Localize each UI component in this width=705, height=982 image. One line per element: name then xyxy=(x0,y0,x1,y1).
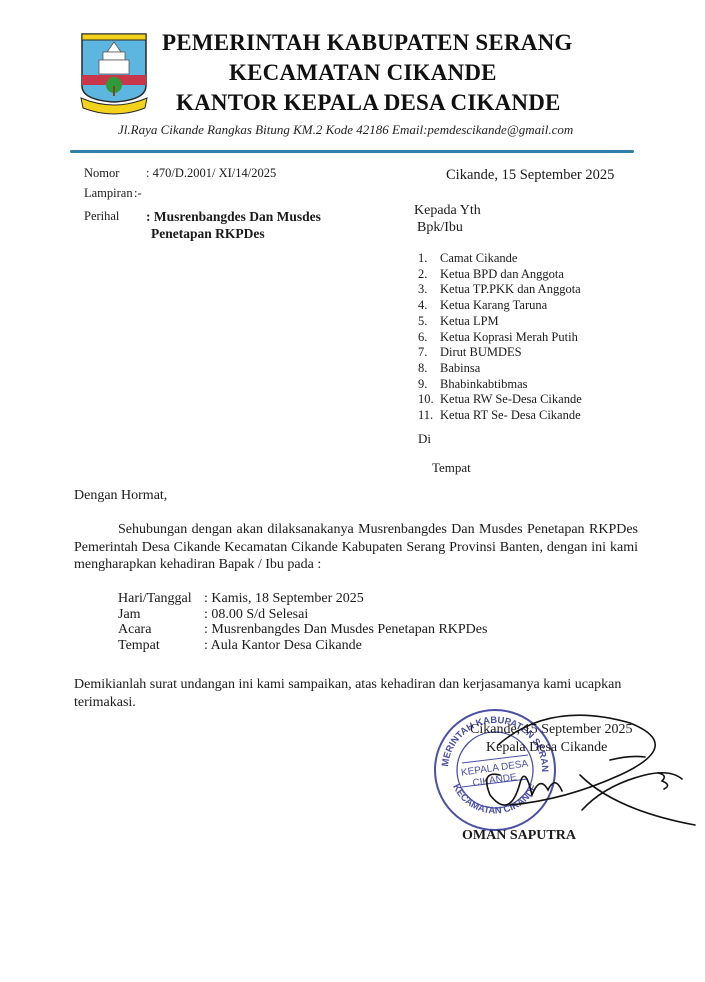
recipient-list-item: 7.Dirut BUMDES xyxy=(418,345,582,361)
recipient-list-item: 8.Babinsa xyxy=(418,361,582,377)
list-number: 2. xyxy=(418,267,440,283)
recipient-list-item: 4.Ketua Karang Taruna xyxy=(418,298,582,314)
handwritten-signature-icon xyxy=(470,705,705,840)
list-number: 9. xyxy=(418,377,440,393)
list-text: Ketua RT Se- Desa Cikande xyxy=(440,408,581,424)
list-number: 4. xyxy=(418,298,440,314)
recipient-list-item: 10.Ketua RW Se-Desa Cikande xyxy=(418,392,582,408)
list-number: 11. xyxy=(418,408,440,424)
list-text: Camat Cikande xyxy=(440,251,517,267)
list-text: Babinsa xyxy=(440,361,480,377)
detail-value: : Musrenbangdes Dan Musdes Penetapan RKP… xyxy=(204,622,487,638)
letterhead-line-3: KANTOR KEPALA DESA CIKANDE xyxy=(176,90,561,116)
letterhead-address: Jl.Raya Cikande Rangkas Bitung KM.2 Kode… xyxy=(118,122,573,138)
recipient-list-item: 11.Ketua RT Se- Desa Cikande xyxy=(418,408,582,424)
list-text: Ketua RW Se-Desa Cikande xyxy=(440,392,582,408)
recipient-list-item: 6.Ketua Koprasi Merah Putih xyxy=(418,330,582,346)
regency-coat-of-arms-icon xyxy=(79,30,149,116)
list-text: Dirut BUMDES xyxy=(440,345,522,361)
recipient-list: 1.Camat Cikande2.Ketua BPD dan Anggota3.… xyxy=(418,251,582,424)
recipient-list-item: 5.Ketua LPM xyxy=(418,314,582,330)
event-detail-row: Tempat: Aula Kantor Desa Cikande xyxy=(118,638,487,654)
event-detail-row: Acara: Musrenbangdes Dan Musdes Penetapa… xyxy=(118,622,487,638)
recipient-salutation: Bpk/Ibu xyxy=(417,220,463,236)
list-text: Ketua Karang Taruna xyxy=(440,298,547,314)
perihal-label: Perihal xyxy=(84,209,119,224)
recipient-tempat: Tempat xyxy=(432,460,471,476)
detail-value: : Aula Kantor Desa Cikande xyxy=(204,638,362,654)
body-paragraph: Sehubungan dengan akan dilaksanakanya Mu… xyxy=(74,521,638,574)
list-text: Ketua LPM xyxy=(440,314,499,330)
detail-value: : 08.00 S/d Selesai xyxy=(204,607,308,623)
nomor-value: : 470/D.2001/ XI/14/2025 xyxy=(146,166,276,181)
list-number: 3. xyxy=(418,282,440,298)
list-text: Ketua BPD dan Anggota xyxy=(440,267,564,283)
list-text: Ketua TP.PKK dan Anggota xyxy=(440,282,581,298)
list-text: Ketua Koprasi Merah Putih xyxy=(440,330,578,346)
list-text: Bhabinkabtibmas xyxy=(440,377,528,393)
list-number: 8. xyxy=(418,361,440,377)
signatory-name: OMAN SAPUTRA xyxy=(462,828,576,844)
recipient-kepada: Kepada Yth xyxy=(414,203,481,219)
event-details: Hari/Tanggal: Kamis, 18 September 2025Ja… xyxy=(118,591,487,653)
detail-value: : Kamis, 18 September 2025 xyxy=(204,591,364,607)
detail-label: Tempat xyxy=(118,638,204,654)
recipient-di: Di xyxy=(418,431,431,447)
lampiran-value: :- xyxy=(134,186,142,201)
list-number: 6. xyxy=(418,330,440,346)
list-number: 7. xyxy=(418,345,440,361)
letterhead-divider xyxy=(70,150,634,153)
list-number: 10. xyxy=(418,392,440,408)
event-detail-row: Jam: 08.00 S/d Selesai xyxy=(118,607,487,623)
list-number: 5. xyxy=(418,314,440,330)
detail-label: Hari/Tanggal xyxy=(118,591,204,607)
recipient-list-item: 3.Ketua TP.PKK dan Anggota xyxy=(418,282,582,298)
lampiran-label: Lampiran xyxy=(84,186,133,201)
perihal-value-line-2: Penetapan RKPDes xyxy=(151,226,265,242)
letterhead-line-1: PEMERINTAH KABUPATEN SERANG xyxy=(162,30,572,56)
recipient-list-item: 1.Camat Cikande xyxy=(418,251,582,267)
letter-date: Cikande, 15 September 2025 xyxy=(446,167,614,184)
recipient-list-item: 2.Ketua BPD dan Anggota xyxy=(418,267,582,283)
recipient-list-item: 9.Bhabinkabtibmas xyxy=(418,377,582,393)
detail-label: Acara xyxy=(118,622,204,638)
greeting: Dengan Hormat, xyxy=(74,488,167,504)
nomor-label: Nomor xyxy=(84,166,119,181)
event-detail-row: Hari/Tanggal: Kamis, 18 September 2025 xyxy=(118,591,487,607)
letterhead-line-2: KECAMATAN CIKANDE xyxy=(229,60,497,86)
perihal-value-line-1: : Musrenbangdes Dan Musdes xyxy=(146,209,321,225)
list-number: 1. xyxy=(418,251,440,267)
detail-label: Jam xyxy=(118,607,204,623)
